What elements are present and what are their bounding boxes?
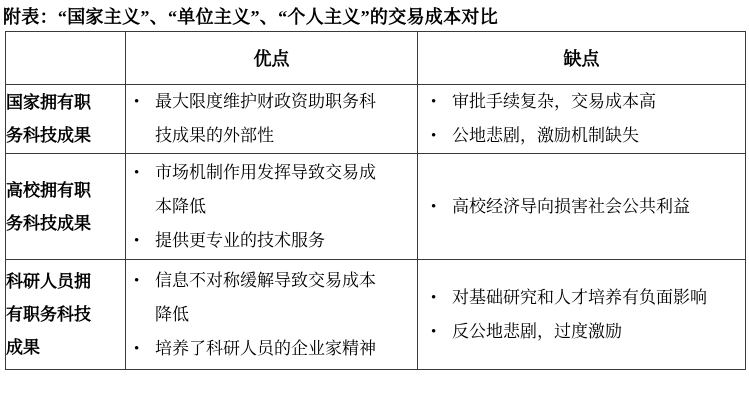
- list-item: • 公地悲剧，激励机制缺失: [431, 119, 740, 153]
- table-row: 国家拥有职 务科技成果 • 最大限度维护财政资助职务科 技成果的外部性 • 审批…: [6, 85, 746, 154]
- bullet-icon: •: [431, 190, 439, 224]
- list-item-text: 信息不对称缓解导致交易成本 降低: [155, 264, 376, 332]
- table-caption: 附表：“国家主义”、“单位主义”、“个人主义”的交易成本对比: [3, 3, 498, 29]
- list-item: • 信息不对称缓解导致交易成本 降低: [134, 264, 412, 332]
- row-label-cell: 科研人员拥 有职务科技 成果: [6, 260, 126, 370]
- list-item-text: 审批手续复杂，交易成本高: [452, 85, 656, 119]
- list-item-text: 反公地悲剧，过度激励: [452, 315, 622, 349]
- table-row: 科研人员拥 有职务科技 成果 • 信息不对称缓解导致交易成本 降低 • 培养了科…: [6, 260, 746, 370]
- bullet-icon: •: [134, 156, 142, 190]
- bullet-icon: •: [134, 224, 142, 258]
- header-row: 优点 缺点: [6, 32, 746, 85]
- bullet-icon: •: [134, 332, 142, 366]
- list-item: • 高校经济导向损害社会公共利益: [431, 190, 740, 224]
- list-item-text: 培养了科研人员的企业家精神: [155, 332, 376, 366]
- bullet-icon: •: [134, 85, 142, 119]
- header-cons-cell: 缺点: [418, 32, 746, 85]
- cons-cell: • 高校经济导向损害社会公共利益: [418, 154, 746, 260]
- list-item: • 培养了科研人员的企业家精神: [134, 332, 412, 366]
- list-item-text: 公地悲剧，激励机制缺失: [452, 119, 639, 153]
- list-item-text: 高校经济导向损害社会公共利益: [452, 190, 690, 224]
- page-root: 附表：“国家主义”、“单位主义”、“个人主义”的交易成本对比 优点 缺点 国家拥…: [0, 0, 749, 398]
- bullet-icon: •: [134, 264, 142, 298]
- table-row: 高校拥有职 务科技成果 • 市场机制作用发挥导致交易成 本降低 • 提供更专业的…: [6, 154, 746, 260]
- list-item-text: 市场机制作用发挥导致交易成 本降低: [155, 156, 376, 224]
- pros-cell: • 最大限度维护财政资助职务科 技成果的外部性: [126, 85, 418, 154]
- bullet-icon: •: [431, 85, 439, 119]
- row-label-cell: 高校拥有职 务科技成果: [6, 154, 126, 260]
- pros-cell: • 信息不对称缓解导致交易成本 降低 • 培养了科研人员的企业家精神: [126, 260, 418, 370]
- list-item: • 审批手续复杂，交易成本高: [431, 85, 740, 119]
- list-item-text: 最大限度维护财政资助职务科 技成果的外部性: [155, 85, 376, 153]
- header-empty-cell: [6, 32, 126, 85]
- bullet-icon: •: [431, 119, 439, 153]
- list-item: • 提供更专业的技术服务: [134, 224, 412, 258]
- header-pros-cell: 优点: [126, 32, 418, 85]
- list-item-text: 对基础研究和人才培养有负面影响: [452, 281, 707, 315]
- list-item: • 最大限度维护财政资助职务科 技成果的外部性: [134, 85, 412, 153]
- cons-cell: • 审批手续复杂，交易成本高 • 公地悲剧，激励机制缺失: [418, 85, 746, 154]
- list-item-text: 提供更专业的技术服务: [155, 224, 325, 258]
- pros-cell: • 市场机制作用发挥导致交易成 本降低 • 提供更专业的技术服务: [126, 154, 418, 260]
- cons-cell: • 对基础研究和人才培养有负面影响 • 反公地悲剧，过度激励: [418, 260, 746, 370]
- list-item: • 对基础研究和人才培养有负面影响: [431, 281, 740, 315]
- row-label-cell: 国家拥有职 务科技成果: [6, 85, 126, 154]
- comparison-table: 优点 缺点 国家拥有职 务科技成果 • 最大限度维护财政资助职务科 技成果的外部…: [5, 31, 746, 370]
- bullet-icon: •: [431, 315, 439, 349]
- bullet-icon: •: [431, 281, 439, 315]
- list-item: • 市场机制作用发挥导致交易成 本降低: [134, 156, 412, 224]
- list-item: • 反公地悲剧，过度激励: [431, 315, 740, 349]
